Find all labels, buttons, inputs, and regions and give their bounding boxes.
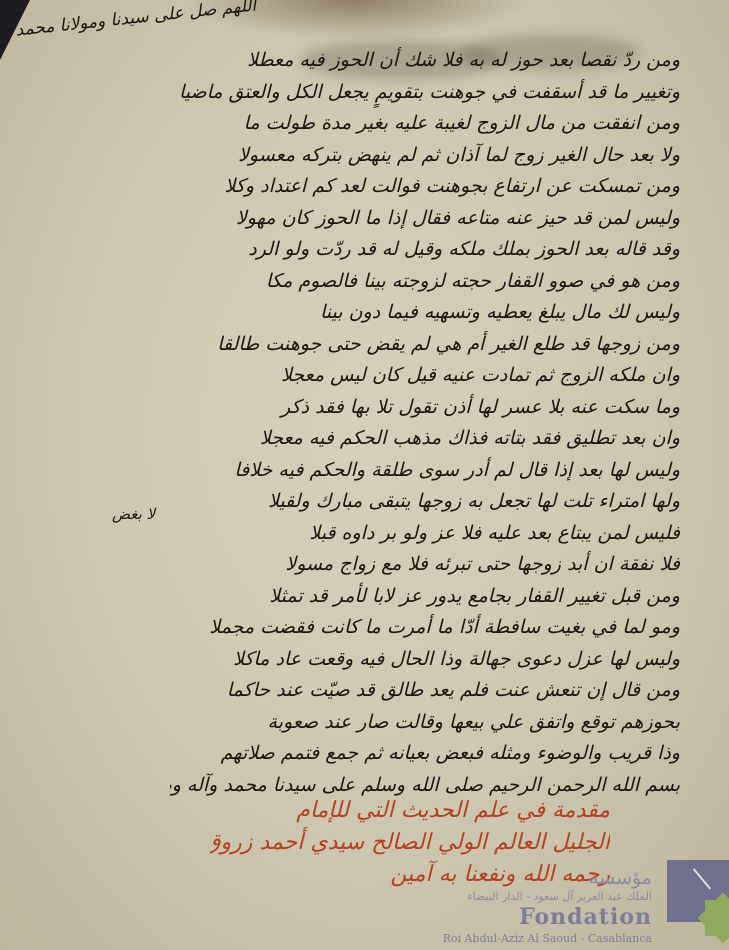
text-line: ولها امتراء تلت لها تجعل به زوجها يتبقى … [170,486,680,518]
text-line: ومن تمسكت عن ارتفاع بجوهنت فوالت لعد كم … [170,171,680,203]
text-line: وليس لمن قد حيز عنه متاعه فقال إذا ما ال… [170,203,680,235]
text-line: ومن قبل تغيير القفار بجامع يدور عز لابا … [170,581,680,613]
text-line: وقد قاله بعد الحوز بملك ملكه وقيل له قد … [170,234,680,266]
text-line: ومن زوجها قد طلع الغير أم هي لم يقض حتى … [170,329,680,361]
text-line: بحوزهم توقع واتفق علي بيعها وقالت صار عن… [170,707,680,739]
manuscript-page: اللهم صل على سيدنا ومولانا محمد ومن ردّ … [0,0,729,950]
text-line: وليس لها عزل دعوى جهالة وذا الحال فيه وق… [170,644,680,676]
text-line: وان بعد تطليق فقد بتاته فذاك مذهب الحكم … [170,423,680,455]
colophon-line: مقدمة في علم الحديث التي للإمام [210,795,610,827]
text-line: وليس لها بعد إذا قال لم أدر سوى طلقة وال… [170,455,680,487]
text-line: ومن ردّ نقصا بعد حوز له به فلا شك أن الح… [170,45,680,77]
text-line: ومن انفقت من مال الزوج لغيبة عليه بغير م… [170,108,680,140]
margin-note: لا بغض [112,505,155,523]
text-line: ولا بعد حال الغير زوج لما آذان ثم لم ينه… [170,140,680,172]
logo-star-icon [705,900,729,936]
colophon-red: مقدمة في علم الحديث التي للإمام الجليل ا… [210,795,610,891]
text-line: وتغيير ما قد أسقفت في جوهنت بتقويمٍ يجعل… [170,77,680,109]
text-line: وليس لك مال يبلغ يعطيه وتسهيه فيما دون ب… [170,297,680,329]
colophon-line: الجليل العالم الولي الصالح سيدي أحمد زرو… [210,827,610,859]
colophon-line: رحمه الله ونفعنا به آمين [210,859,610,891]
logo-french-title: Fondation [519,904,652,930]
text-line: وما سكت عنه بلا عسر لها أذن تقول تلا بها… [170,392,680,424]
logo-french-subtitle: Roi Abdul-Aziz Al Saoud - Casablanca [443,932,652,945]
logo-arabic-subtitle: الملك عبد العزيز آل سعود - الدار البيضاء [467,890,652,903]
text-line: وان ملكه الزوج ثم تمادت عنيه قيل كان ليس… [170,360,680,392]
text-line: ومو لما في بغيت سافطة أدّا ما أمرت ما كا… [170,612,680,644]
main-text-block: ومن ردّ نقصا بعد حوز له به فلا شك أن الح… [170,45,680,801]
text-line: ومن قال إن تنعش عنت فلم يعد طالق قد صيّت… [170,675,680,707]
text-line: فلا نفقة ان أبد زوجها حتى تبرئه فلا مع ز… [170,549,680,581]
text-line: فليس لمن يبتاع بعد عليه فلا عز ولو بر دا… [170,518,680,550]
text-line: وذا قريب والوضوء ومثله فبعض بعيانه ثم جم… [170,738,680,770]
foundation-watermark: مؤسسة الملك عبد العزيز آل سعود - الدار ا… [560,880,729,950]
logo-arabic-title: مؤسسة [589,867,652,889]
text-line: ومن هو في صوو القفار حجته لزوجته بينا فا… [170,266,680,298]
